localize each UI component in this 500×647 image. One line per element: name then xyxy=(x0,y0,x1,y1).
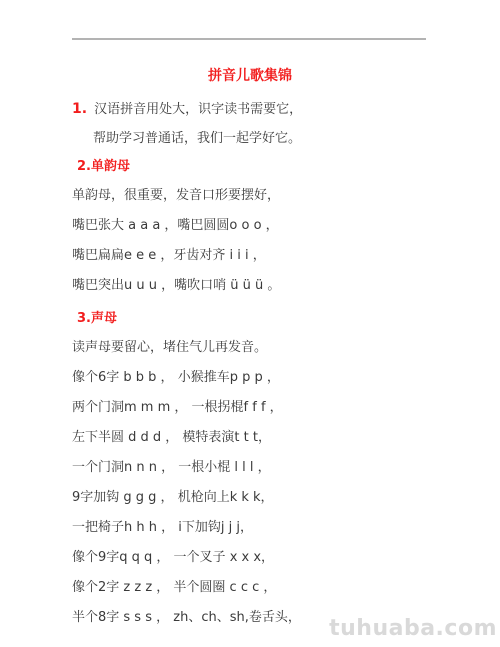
section-3-line-4: 左下半圆 d d d ， 模特表演t t t， xyxy=(72,430,472,446)
section-2-line-2: 嘴巴张大 a a a ，嘴巴圆圆o o o ， xyxy=(72,218,472,234)
section-3-line-2: 像个6字 b b b ， 小猴推车p p p ， xyxy=(72,370,472,386)
section-3-line-5: 一个门洞n n n ， 一根小棍 l l l ， xyxy=(72,460,472,476)
section-3-line-6: 9字加钩 g g g ， 机枪向上k k k， xyxy=(72,490,472,506)
section-3-line-7: 一把椅子h h h ， i下加钩j j j， xyxy=(72,520,472,536)
top-horizontal-rule xyxy=(72,38,426,40)
watermark: tuhuaba.com xyxy=(329,618,497,640)
section-2-heading: 2.单韵母 xyxy=(77,159,457,175)
section-1-line-2: 帮助学习普通话，我们一起学好它。 xyxy=(93,131,493,147)
section-3-heading: 3.声母 xyxy=(77,311,457,327)
page-title: 拼音儿歌集锦 xyxy=(72,68,428,84)
document-page: 拼音儿歌集锦 1.汉语拼音用处大，识字读书需要它， 帮助学习普通话，我们一起学好… xyxy=(0,0,500,647)
section-3-line-8: 像个9字q q q ， 一个叉子 x x x， xyxy=(72,550,472,566)
section-3-line-9: 像个2字 z z z ， 半个圆圈 c c c ， xyxy=(72,580,472,596)
section-3-line-1: 读声母要留心，堵住气儿再发音。 xyxy=(72,340,472,356)
section-3-line-3: 两个门洞m m m ， 一根拐棍f f f ， xyxy=(72,400,472,416)
section-1-number: 1. xyxy=(72,101,87,117)
section-2-line-1: 单韵母，很重要，发音口形要摆好， xyxy=(72,188,472,204)
section-1-line-1: 1.汉语拼音用处大，识字读书需要它， xyxy=(72,101,472,118)
section-2-line-3: 嘴巴扁扁e e e ，牙齿对齐 i i i ， xyxy=(72,248,472,264)
section-2-line-4: 嘴巴突出u u u ，嘴吹口哨 ü ü ü 。 xyxy=(72,278,472,294)
section-1-line-1-text: 汉语拼音用处大，识字读书需要它， xyxy=(94,102,302,117)
